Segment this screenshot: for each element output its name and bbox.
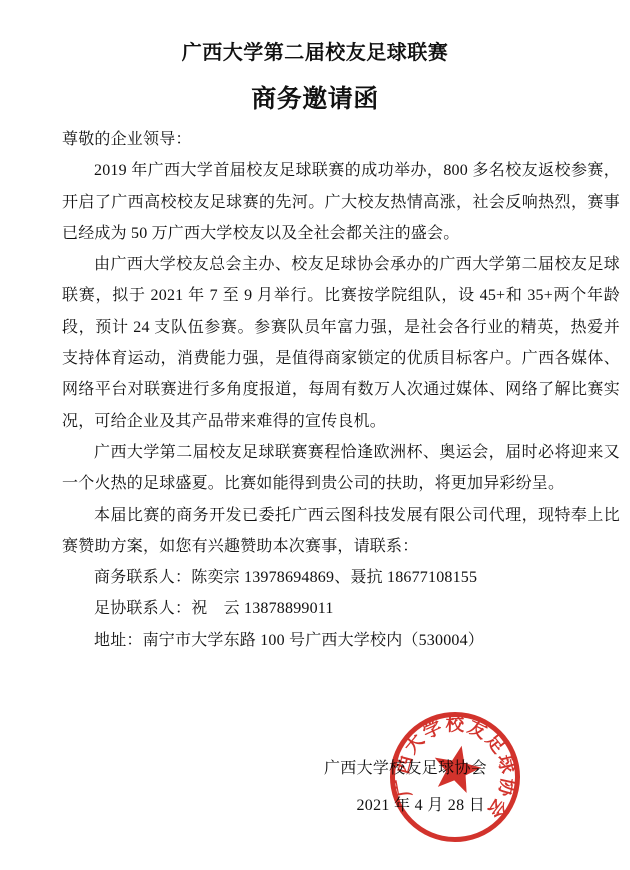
document-subtitle: 商务邀请函 bbox=[0, 86, 630, 114]
paragraph: 2019 年广西大学首届校友足球联赛的成功举办，800 多名校友返校参赛，开启了… bbox=[62, 155, 620, 249]
paragraph: 广西大学第二届校友足球联赛赛程恰逢欧洲杯、奥运会，届时必将迎来又一个火热的足球盛… bbox=[62, 437, 620, 500]
signature: 广西大学校友足球协会 bbox=[324, 755, 487, 778]
contact-line-business: 商务联系人：陈奕宗 13978694869、聂抗 18677108155 bbox=[62, 562, 620, 593]
paragraph: 由广西大学校友总会主办、校友足球协会承办的广西大学第二届校友足球联赛，拟于 20… bbox=[62, 249, 620, 437]
date-line: 2021 年 4 月 28 日 bbox=[357, 792, 486, 815]
salutation: 尊敬的企业领导： bbox=[62, 124, 620, 155]
document-title: 广西大学第二届校友足球联赛 bbox=[0, 0, 630, 64]
invitation-letter-page: 广西大学第二届校友足球联赛 商务邀请函 尊敬的企业领导： 2019 年广西大学首… bbox=[0, 0, 630, 870]
contact-line-association: 足协联系人：祝 云 13878899011 bbox=[62, 593, 620, 624]
contact-line-address: 地址：南宁市大学东路 100 号广西大学校内（530004） bbox=[62, 625, 620, 656]
letter-body: 尊敬的企业领导： 2019 年广西大学首届校友足球联赛的成功举办，800 多名校… bbox=[62, 124, 620, 656]
paragraph: 本届比赛的商务开发已委托广西云图科技发展有限公司代理，现特奉上比赛赞助方案，如您… bbox=[62, 500, 620, 563]
